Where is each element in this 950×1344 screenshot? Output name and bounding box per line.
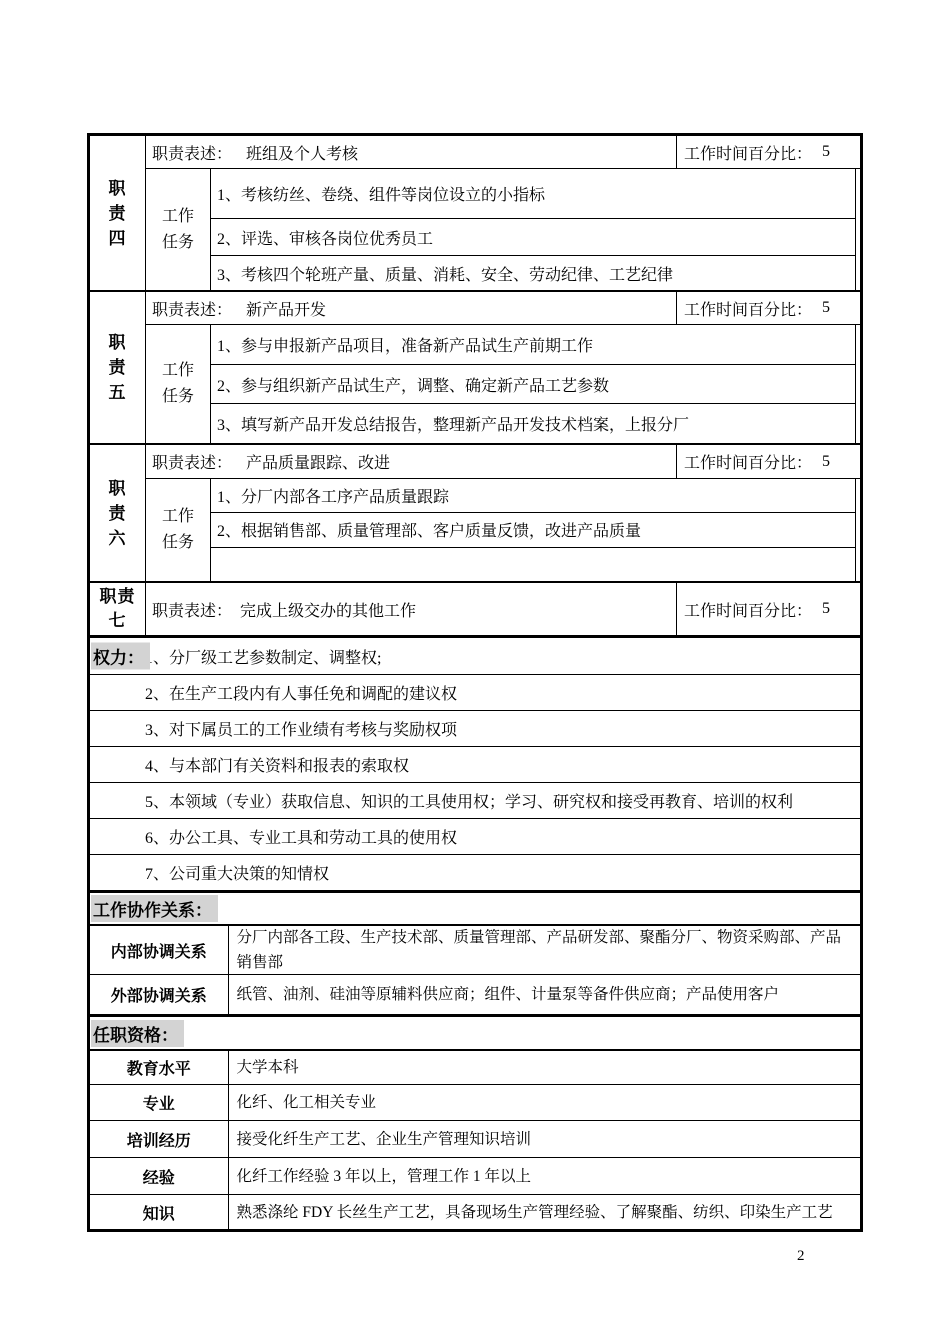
qualification-row-training: 培训经历 接受化纤生产工艺、企业生产管理知识培训	[90, 1120, 860, 1157]
job-description-table: 职 责 四 职责表述： 班组及个人考核 工作时间百分比： 5 工作 任务	[87, 133, 863, 1232]
authority-row: 3、对下属员工的工作业绩有考核与奖励权项	[90, 710, 860, 746]
task-row: 1、参与申报新产品项目，准备新产品试生产前期工作	[211, 325, 855, 365]
duty-section-5: 职 责 五 职责表述： 新产品开发 工作时间百分比： 5 工作 任务	[90, 290, 860, 443]
task-row: 2、根据销售部、质量管理部、客户质量反馈，改进产品质量	[211, 513, 855, 547]
task-row: 3、考核四个轮班产量、质量、消耗、安全、劳动纪律、工艺纪律	[211, 256, 855, 290]
duty-section-6: 职 责 六 职责表述： 产品质量跟踪、改进 工作时间百分比： 5 工作 任务	[90, 443, 860, 581]
duty-4-body: 工作 任务 1、考核纺丝、卷绕、组件等岗位设立的小指标 2、评选、审核各岗位优秀…	[146, 169, 860, 290]
cooperation-header-label: 工作协作关系：	[91, 895, 218, 922]
duty-4-main: 职责表述： 班组及个人考核 工作时间百分比： 5 工作 任务 1、考核纺丝、卷绕…	[146, 136, 860, 290]
duty-desc-value: 新产品开发	[246, 297, 326, 320]
authority-label: 权力：	[91, 643, 150, 670]
work-task-label: 工作 任务	[146, 325, 211, 443]
task-text: 2、评选、审核各岗位优秀员工	[217, 226, 433, 249]
authority-section: 权力： 1、分厂级工艺参数制定、调整权; 2、在生产工段内有人事任免和调配的建议…	[90, 635, 860, 890]
task-text: 1、分厂内部各工序产品质量跟踪	[217, 484, 449, 507]
authority-item-text: 5、本领域（专业）获取信息、知识的工具使用权；学习、研究权和接受再教育、培训的权…	[145, 789, 793, 812]
duty-5-main: 职责表述： 新产品开发 工作时间百分比： 5 工作 任务 1、参与申报新产品项目…	[146, 292, 860, 443]
qualification-row-label: 经验	[90, 1158, 229, 1194]
time-percent-value: 5	[822, 453, 830, 471]
qualification-row-content: 化纤工作经验 3 年以上，管理工作 1 年以上	[229, 1158, 861, 1194]
task-list: 1、参与申报新产品项目，准备新产品试生产前期工作 2、参与组织新产品试生产，调整…	[211, 325, 856, 443]
task-list: 1、分厂内部各工序产品质量跟踪 2、根据销售部、质量管理部、客户质量反馈，改进产…	[211, 479, 856, 581]
time-percent-cell: 工作时间百分比： 5	[676, 292, 860, 324]
duty-6-header-row: 职责表述： 产品质量跟踪、改进 工作时间百分比： 5	[146, 445, 860, 479]
qualification-row-education: 教育水平 大学本科	[90, 1049, 860, 1084]
authority-row: 权力： 1、分厂级工艺参数制定、调整权;	[90, 638, 860, 674]
qualification-row-major: 专业 化纤、化工相关专业	[90, 1084, 860, 1120]
duty-5-body: 工作 任务 1、参与申报新产品项目，准备新产品试生产前期工作 2、参与组织新产品…	[146, 325, 860, 443]
duty-description-cell: 职责表述： 完成上级交办的其他工作	[146, 583, 676, 635]
task-text: 2、根据销售部、质量管理部、客户质量反馈，改进产品质量	[217, 518, 641, 541]
qualification-row-content: 熟悉涤纶 FDY 长丝生产工艺，具备现场生产管理经验、了解聚酯、纺织、印染生产工…	[229, 1195, 861, 1229]
duty-section-7: 职责 七 职责表述： 完成上级交办的其他工作 工作时间百分比： 5	[90, 581, 860, 635]
cooperation-header: 工作协作关系：	[90, 890, 860, 924]
task-text: 1、考核纺丝、卷绕、组件等岗位设立的小指标	[217, 182, 545, 205]
time-percent-value: 5	[822, 299, 830, 317]
duty-desc-value: 班组及个人考核	[246, 141, 358, 164]
task-row: 2、参与组织新产品试生产，调整、确定新产品工艺参数	[211, 365, 855, 405]
duty-label-line: 六	[109, 526, 127, 551]
duty-desc-label: 职责表述：	[152, 297, 232, 320]
duty-label-line: 责	[109, 355, 127, 380]
authority-item-text: 2、在生产工段内有人事任免和调配的建议权	[145, 681, 457, 704]
time-percent-label: 工作时间百分比：	[684, 141, 812, 164]
qualification-header-label: 任职资格：	[91, 1020, 184, 1047]
duty-desc-value: 完成上级交办的其他工作	[240, 598, 416, 621]
time-percent-cell: 工作时间百分比： 5	[676, 445, 860, 478]
qualification-row-content: 化纤、化工相关专业	[229, 1085, 861, 1120]
duty-4-header-row: 职责表述： 班组及个人考核 工作时间百分比： 5	[146, 136, 860, 169]
time-percent-label: 工作时间百分比：	[684, 297, 812, 320]
authority-item-text: 7、公司重大决策的知情权	[145, 861, 329, 884]
authority-item-text: 3、对下属员工的工作业绩有考核与奖励权项	[145, 717, 457, 740]
qualification-row-label: 知识	[90, 1195, 229, 1229]
qualification-row-content: 接受化纤生产工艺、企业生产管理知识培训	[229, 1121, 861, 1157]
work-task-label: 工作 任务	[146, 479, 211, 581]
task-text: 3、填写新产品开发总结报告，整理新产品开发技术档案，上报分厂	[217, 412, 689, 435]
qualification-row-experience: 经验 化纤工作经验 3 年以上，管理工作 1 年以上	[90, 1157, 860, 1194]
task-text: 2、参与组织新产品试生产，调整、确定新产品工艺参数	[217, 373, 609, 396]
authority-row: 6、办公工具、专业工具和劳动工具的使用权	[90, 818, 860, 854]
time-percent-value: 5	[822, 600, 830, 618]
qualification-row-label: 专业	[90, 1085, 229, 1120]
task-text: 1、参与申报新产品项目，准备新产品试生产前期工作	[217, 333, 593, 356]
duty-section-4: 职 责 四 职责表述： 班组及个人考核 工作时间百分比： 5 工作 任务	[90, 136, 860, 290]
time-percent-cell: 工作时间百分比： 5	[676, 136, 860, 168]
task-row: 1、考核纺丝、卷绕、组件等岗位设立的小指标	[211, 169, 855, 219]
authority-row: 2、在生产工段内有人事任免和调配的建议权	[90, 674, 860, 710]
duty-desc-label: 职责表述：	[152, 450, 232, 473]
time-percent-cell: 工作时间百分比： 5	[676, 583, 860, 635]
duty-label-line: 五	[109, 380, 127, 405]
duty-description-cell: 职责表述： 产品质量跟踪、改进	[146, 445, 676, 478]
duty-4-label: 职 责 四	[90, 136, 146, 290]
document-page: { "page": { "number": "2" }, "colors": {…	[0, 0, 950, 1344]
qualification-row-content: 大学本科	[229, 1051, 861, 1084]
page-number: 2	[797, 1248, 805, 1265]
cooperation-row-internal: 内部协调关系 分厂内部各工段、生产技术部、质量管理部、产品研发部、聚酯分厂、物资…	[90, 924, 860, 974]
task-row	[211, 548, 855, 581]
cooperation-row-label: 内部协调关系	[90, 926, 229, 974]
time-percent-label: 工作时间百分比：	[684, 598, 812, 621]
duty-label-line: 职	[109, 176, 127, 201]
qualification-row-knowledge: 知识 熟悉涤纶 FDY 长丝生产工艺，具备现场生产管理经验、了解聚酯、纺织、印染…	[90, 1194, 860, 1229]
duty-7-label: 职责 七	[90, 583, 146, 635]
duty-5-label: 职 责 五	[90, 292, 146, 443]
authority-row: 4、与本部门有关资料和报表的索取权	[90, 746, 860, 782]
duty-label-line: 责	[109, 201, 127, 226]
authority-row: 5、本领域（专业）获取信息、知识的工具使用权；学习、研究权和接受再教育、培训的权…	[90, 782, 860, 818]
duty-desc-label: 职责表述：	[152, 598, 232, 621]
duty-label-line: 责	[109, 501, 127, 526]
duty-label-line: 职责	[100, 585, 136, 609]
authority-row: 7、公司重大决策的知情权	[90, 854, 860, 890]
cooperation-row-content: 纸管、油剂、硅油等原辅料供应商；组件、计量泵等备件供应商；产品使用客户	[229, 975, 861, 1014]
cooperation-row-external: 外部协调关系 纸管、油剂、硅油等原辅料供应商；组件、计量泵等备件供应商；产品使用…	[90, 974, 860, 1014]
work-task-label: 工作 任务	[146, 169, 211, 290]
task-row: 1、分厂内部各工序产品质量跟踪	[211, 479, 855, 513]
task-list: 1、考核纺丝、卷绕、组件等岗位设立的小指标 2、评选、审核各岗位优秀员工 3、考…	[211, 169, 856, 290]
task-row: 2、评选、审核各岗位优秀员工	[211, 219, 855, 256]
time-percent-label: 工作时间百分比：	[684, 450, 812, 473]
duty-description-cell: 职责表述： 新产品开发	[146, 292, 676, 324]
qualification-row-label: 教育水平	[90, 1051, 229, 1084]
duty-description-cell: 职责表述： 班组及个人考核	[146, 136, 676, 168]
duty-label-line: 七	[109, 609, 127, 633]
duty-6-body: 工作 任务 1、分厂内部各工序产品质量跟踪 2、根据销售部、质量管理部、客户质量…	[146, 479, 860, 581]
authority-item-text: 6、办公工具、专业工具和劳动工具的使用权	[145, 825, 457, 848]
duty-label-line: 四	[109, 226, 127, 251]
duty-label-line: 职	[109, 330, 127, 355]
cooperation-row-label: 外部协调关系	[90, 975, 229, 1014]
task-row: 3、填写新产品开发总结报告，整理新产品开发技术档案，上报分厂	[211, 404, 855, 443]
qualification-row-label: 培训经历	[90, 1121, 229, 1157]
cooperation-row-content: 分厂内部各工段、生产技术部、质量管理部、产品研发部、聚酯分厂、物资采购部、产品销…	[229, 926, 861, 974]
duty-desc-value: 产品质量跟踪、改进	[246, 450, 390, 473]
duty-6-main: 职责表述： 产品质量跟踪、改进 工作时间百分比： 5 工作 任务 1、分厂内部各…	[146, 445, 860, 581]
authority-item-text: 4、与本部门有关资料和报表的索取权	[145, 753, 409, 776]
duty-desc-label: 职责表述：	[152, 141, 232, 164]
duty-label-line: 职	[109, 476, 127, 501]
qualification-header: 任职资格：	[90, 1014, 860, 1049]
time-percent-value: 5	[822, 143, 830, 161]
task-text: 3、考核四个轮班产量、质量、消耗、安全、劳动纪律、工艺纪律	[217, 262, 673, 285]
duty-6-label: 职 责 六	[90, 445, 146, 581]
authority-item-text: 1、分厂级工艺参数制定、调整权;	[145, 645, 381, 668]
duty-5-header-row: 职责表述： 新产品开发 工作时间百分比： 5	[146, 292, 860, 325]
